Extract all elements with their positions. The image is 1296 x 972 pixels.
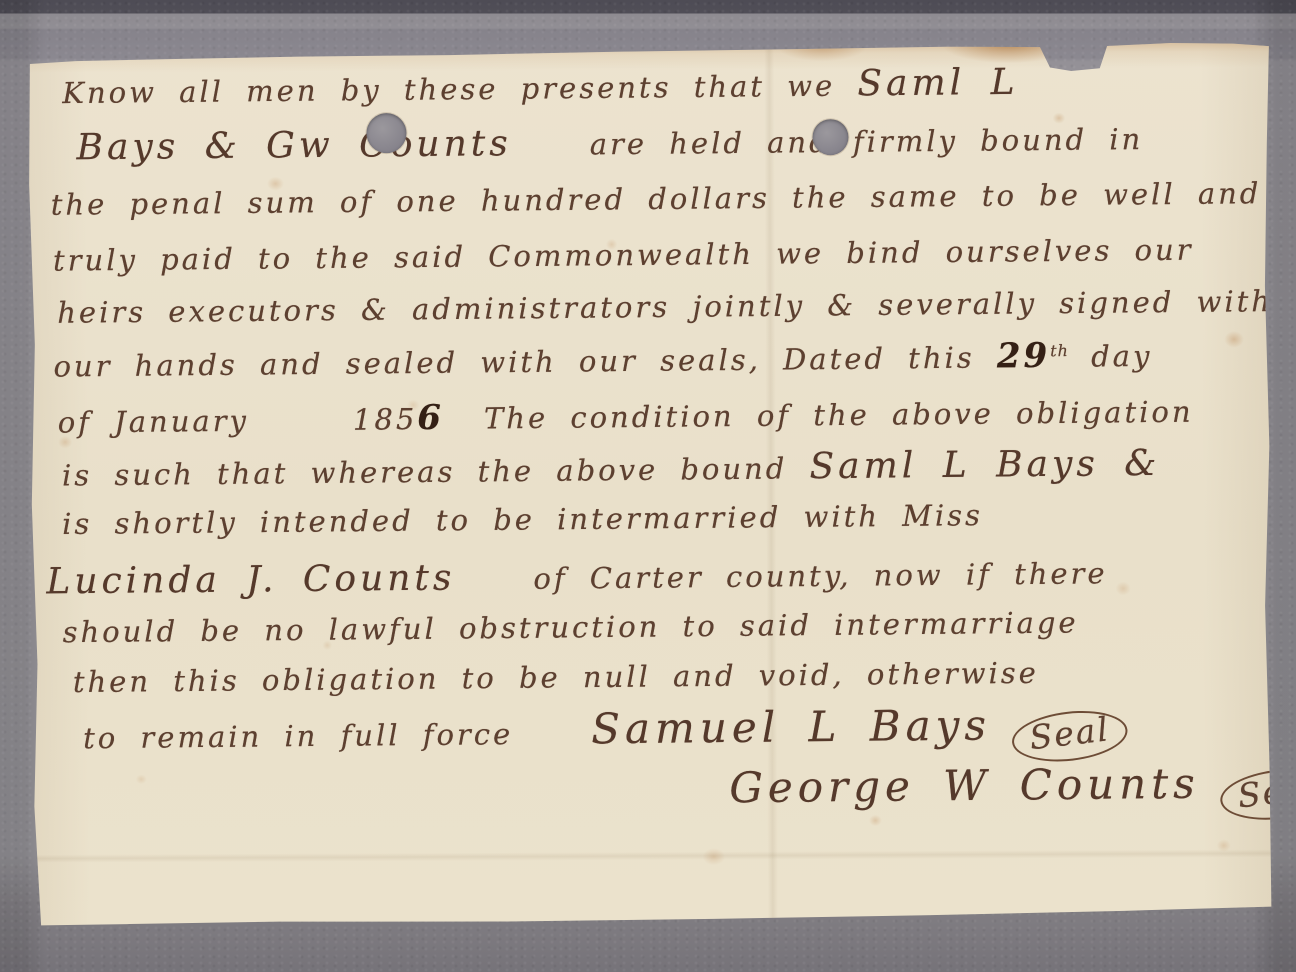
text-segment: of Carter county, now if there: [533, 556, 1108, 596]
handwritten-line: is shortly intended to be intermarried w…: [62, 498, 983, 541]
handwritten-line: George W CountsSeal: [729, 757, 1296, 818]
text-segment: the penal sum of one hundred dollars the…: [51, 176, 1262, 222]
handwritten-line: should be no lawful obstruction to said …: [62, 605, 1078, 649]
handwritten-line: of January1856The condition of the above…: [58, 391, 1194, 442]
text-segment: 185: [353, 402, 418, 437]
text-segment: [455, 589, 533, 590]
handwritten-line: is such that whereas the above bound Sam…: [62, 443, 1161, 495]
handwritten-line: Lucinda J. Countsof Carter county, now i…: [46, 551, 1108, 602]
text-segment: day: [1069, 339, 1153, 374]
text-segment: Saml L: [857, 62, 1019, 105]
photo-scene: Know all men by these presents that we S…: [0, 0, 1296, 972]
seal-mark: Seal: [1009, 705, 1130, 767]
punch-hole: [812, 119, 848, 155]
text-segment: of January: [58, 404, 250, 440]
text-segment: Bays & Gw Counts: [76, 123, 512, 168]
document-paper: Know all men by these presents that we S…: [26, 37, 1274, 930]
text-segment: The condition of the above obligation: [484, 395, 1194, 436]
text-segment: Lucinda J. Counts: [46, 557, 455, 602]
handwritten-line: the penal sum of one hundred dollars the…: [51, 176, 1262, 222]
text-segment: [512, 154, 590, 155]
text-segment: truly paid to the said Commonwealth we b…: [53, 233, 1194, 278]
handwritten-line: to remain in full forceSamuel L BaysSeal: [83, 699, 1128, 764]
handwritten-line: truly paid to the said Commonwealth we b…: [53, 233, 1194, 278]
text-segment: then this obligation to be null and void…: [73, 656, 1039, 699]
punch-hole: [366, 113, 406, 153]
text-segment: our hands and sealed with our seals, Dat…: [53, 340, 997, 383]
text-segment: 6: [417, 398, 444, 438]
text-segment: George W Counts: [729, 759, 1200, 813]
handwritten-line: our hands and sealed with our seals, Dat…: [53, 335, 1152, 386]
handwritten-line: Know all men by these presents that we S…: [62, 62, 1019, 112]
text-segment: should be no lawful obstruction to said …: [62, 605, 1078, 649]
text-segment: Samuel L Bays: [591, 700, 991, 753]
text-segment: Saml L Bays &: [809, 443, 1160, 487]
handwritten-line: heirs executors & administrators jointly…: [57, 284, 1273, 330]
text-segment: [513, 743, 591, 744]
text-segment: are held and firmly bound in: [590, 122, 1144, 161]
text-segment: heirs executors & administrators jointly…: [57, 284, 1273, 330]
text-segment: [249, 430, 353, 431]
handwritten-line: then this obligation to be null and void…: [73, 656, 1039, 699]
text-segment: is shortly intended to be intermarried w…: [62, 498, 983, 541]
handwritten-line: Bays & Gw Countsare held and firmly boun…: [76, 117, 1143, 168]
text-segment: to remain in full force: [83, 717, 513, 755]
text-segment: Know all men by these presents that we: [62, 68, 857, 110]
text-segment: is such that whereas the above bound: [62, 451, 810, 492]
text-segment: th: [1050, 341, 1069, 360]
text-segment: 29: [997, 336, 1051, 377]
horizontal-crease-line: [30, 849, 1274, 862]
